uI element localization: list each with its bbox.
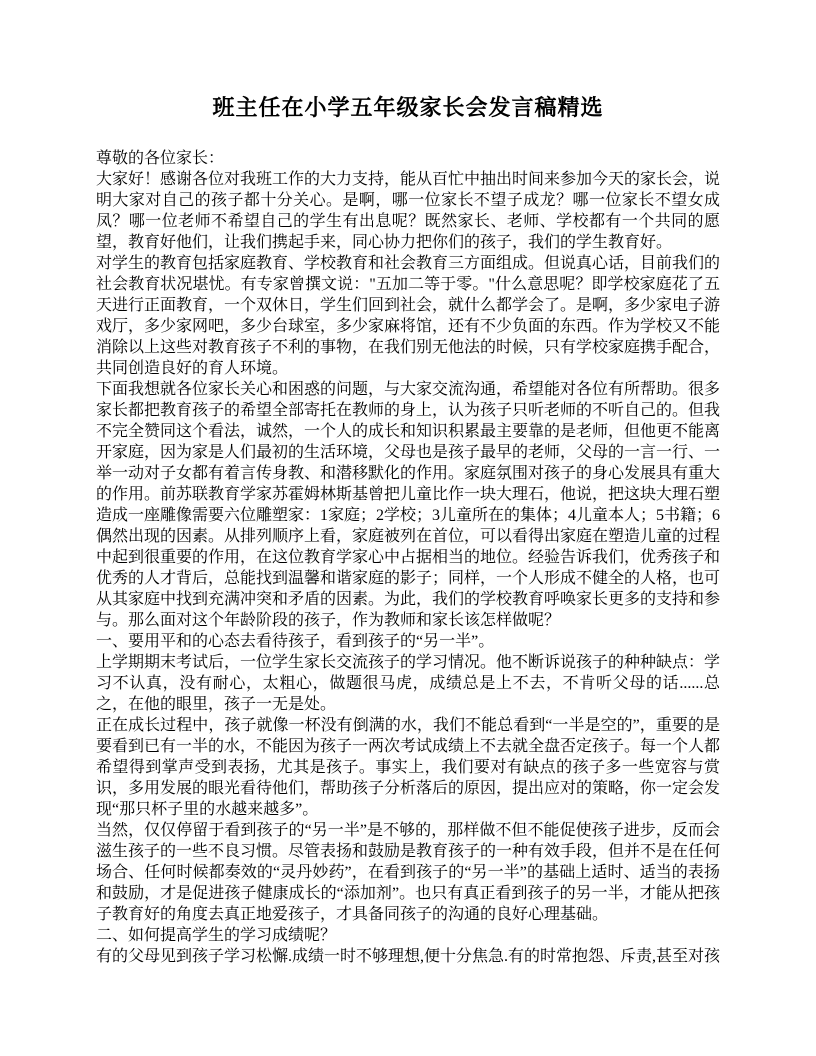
section-heading-one: 一、要用平和的心态去看待孩子，看到孩子的“另一半”。	[96, 631, 720, 652]
document-page: 班主任在小学五年级家长会发言稿精选 尊敬的各位家长： 大家好！感谢各位对我班工作…	[0, 0, 816, 1056]
praise-encouragement-paragraph: 当然，仅仅停留于看到孩子的“另一半”是不够的，那样做不但不能促使孩子进步，反而会…	[96, 820, 720, 925]
truncated-last-paragraph: 有的父母见到孩子学习松懈.成绩一时不够理想,便十分焦急.有的时常抱怨、斥责,甚至…	[96, 946, 720, 967]
document-title: 班主任在小学五年级家长会发言稿精选	[96, 93, 720, 123]
section-heading-two: 二、如何提高学生的学习成绩呢？	[96, 925, 720, 946]
exam-story-paragraph: 上学期期末考试后，一位学生家长交流孩子的学习情况。他不断诉说孩子的种种缺点：学习…	[96, 652, 720, 715]
half-glass-paragraph: 正在成长过程中，孩子就像一杯没有倒满的水，我们不能总看到“一半是空的”，重要的是…	[96, 715, 720, 820]
social-education-paragraph: 对学生的教育包括家庭教育、学校教育和社会教育三方面组成。但说真心话，目前我们的社…	[96, 253, 720, 379]
family-education-paragraph: 下面我想就各位家长关心和困惑的问题，与大家交流沟通，希望能对各位有所帮助。很多家…	[96, 379, 720, 631]
salutation-paragraph: 尊敬的各位家长：	[96, 148, 720, 169]
greeting-paragraph: 大家好！感谢各位对我班工作的大力支持，能从百忙中抽出时间来参加今天的家长会，说明…	[96, 169, 720, 253]
document-body: 尊敬的各位家长： 大家好！感谢各位对我班工作的大力支持，能从百忙中抽出时间来参加…	[96, 148, 720, 967]
